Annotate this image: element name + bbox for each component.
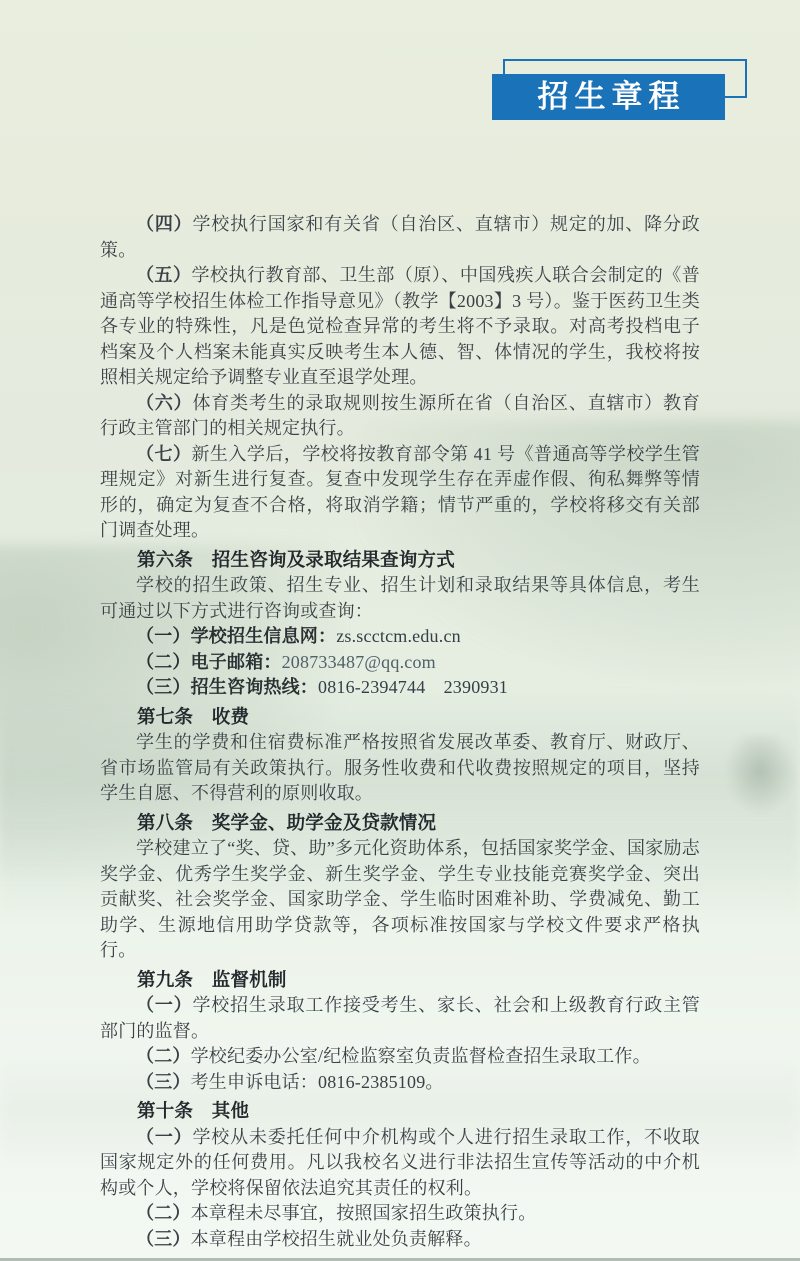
paragraph: （三）本章程由学校招生就业处负责解释。 bbox=[100, 1227, 700, 1253]
paragraph: （三）考生申诉电话：0816-2385109。 bbox=[100, 1070, 700, 1096]
paragraph: （七）新生入学后，学校将按教育部令第 41 号《普通高等学校学生管理规定》对新生… bbox=[100, 442, 700, 544]
paragraph: （六）体育类考生的录取规则按生源所在省（自治区、直辖市）教育行政主管部门的相关规… bbox=[100, 391, 700, 442]
text-segment: 学生的学费和住宿费标准严格按照省发展改革委、教育厅、财政厅、省市场监管局有关政策… bbox=[100, 732, 700, 803]
page-title-badge: 招生章程 bbox=[492, 74, 725, 120]
text-segment: zs.scctcm.edu.cn bbox=[336, 626, 461, 646]
paragraph: （一）学校招生录取工作接受考生、家长、社会和上级教育行政主管部门的监督。 bbox=[100, 993, 700, 1044]
section-heading: 第六条 招生咨询及录取结果查询方式 bbox=[100, 547, 700, 573]
text-segment: 第八条 奖学金、助学金及贷款情况 bbox=[137, 812, 436, 833]
text-segment: 本章程由学校招生就业处负责解释。 bbox=[191, 1229, 482, 1249]
text-segment: （三） bbox=[136, 1229, 191, 1249]
text-segment: 考生申诉电话：0816-2385109。 bbox=[191, 1072, 444, 1092]
text-segment: 第七条 收费 bbox=[137, 706, 249, 727]
text-segment: （一）学校招生信息网： bbox=[136, 626, 336, 646]
text-segment: 本章程未尽事宜，按照国家招生政策执行。 bbox=[191, 1203, 537, 1223]
text-segment: （四） bbox=[136, 214, 192, 234]
text-segment: （二） bbox=[136, 1046, 191, 1066]
admissions-charter-page: 招生章程 （四）学校执行国家和有关省（自治区、直辖市）规定的加、降分政策。（五）… bbox=[0, 0, 800, 1261]
text-segment: 第九条 监督机制 bbox=[137, 969, 287, 990]
paragraph: （三）招生咨询热线：0816-2394744 2390931 bbox=[100, 675, 700, 701]
section-heading: 第九条 监督机制 bbox=[100, 967, 700, 993]
text-segment: 第十条 其他 bbox=[137, 1100, 249, 1121]
text-segment: 第六条 招生咨询及录取结果查询方式 bbox=[137, 549, 455, 570]
text-segment: 0816-2394744 2390931 bbox=[318, 677, 508, 697]
paragraph: 学校建立了“奖、贷、助”多元化资助体系，包括国家奖学金、国家励志奖学金、优秀学生… bbox=[100, 836, 700, 964]
text-segment: （五） bbox=[136, 265, 191, 285]
paragraph: （二）电子邮箱：208733487@qq.com bbox=[100, 650, 700, 676]
section-heading: 第十条 其他 bbox=[100, 1098, 700, 1124]
paragraph: 学生的学费和住宿费标准严格按照省发展改革委、教育厅、财政厅、省市场监管局有关政策… bbox=[100, 730, 700, 807]
paragraph: （二）本章程未尽事宜，按照国家招生政策执行。 bbox=[100, 1201, 700, 1227]
paragraph: （一）学校招生信息网：zs.scctcm.edu.cn bbox=[100, 624, 700, 650]
text-segment: （一） bbox=[136, 995, 192, 1015]
text-segment: （一） bbox=[136, 1127, 192, 1147]
paragraph: （二）学校纪委办公室/纪检监察室负责监督检查招生录取工作。 bbox=[100, 1044, 700, 1070]
text-segment: （七） bbox=[136, 444, 191, 464]
text-segment: （二） bbox=[136, 1203, 191, 1223]
text-segment: （六） bbox=[136, 393, 192, 413]
text-segment: 208733487@qq.com bbox=[282, 652, 436, 672]
text-segment: （三） bbox=[136, 1072, 191, 1092]
text-segment: 学校建立了“奖、贷、助”多元化资助体系，包括国家奖学金、国家励志奖学金、优秀学生… bbox=[100, 838, 700, 960]
background-tree-silhouette bbox=[725, 735, 795, 815]
paragraph: （一）学校从未委托任何中介机构或个人进行招生录取工作，不收取国家规定外的任何费用… bbox=[100, 1125, 700, 1202]
document-body: （四）学校执行国家和有关省（自治区、直辖市）规定的加、降分政策。（五）学校执行教… bbox=[100, 212, 700, 1252]
text-segment: （三）招生咨询热线： bbox=[136, 677, 318, 697]
section-heading: 第七条 收费 bbox=[100, 704, 700, 730]
section-heading: 第八条 奖学金、助学金及贷款情况 bbox=[100, 810, 700, 836]
paragraph: （五）学校执行教育部、卫生部（原）、中国残疾人联合会制定的《普通高等学校招生体检… bbox=[100, 263, 700, 391]
paragraph: 学校的招生政策、招生专业、招生计划和录取结果等具体信息，考生可通过以下方式进行咨… bbox=[100, 573, 700, 624]
text-segment: 学校纪委办公室/纪检监察室负责监督检查招生录取工作。 bbox=[191, 1046, 651, 1066]
paragraph: （四）学校执行国家和有关省（自治区、直辖市）规定的加、降分政策。 bbox=[100, 212, 700, 263]
text-segment: （二）电子邮箱： bbox=[136, 652, 282, 672]
text-segment: 学校的招生政策、招生专业、招生计划和录取结果等具体信息，考生可通过以下方式进行咨… bbox=[100, 575, 700, 621]
